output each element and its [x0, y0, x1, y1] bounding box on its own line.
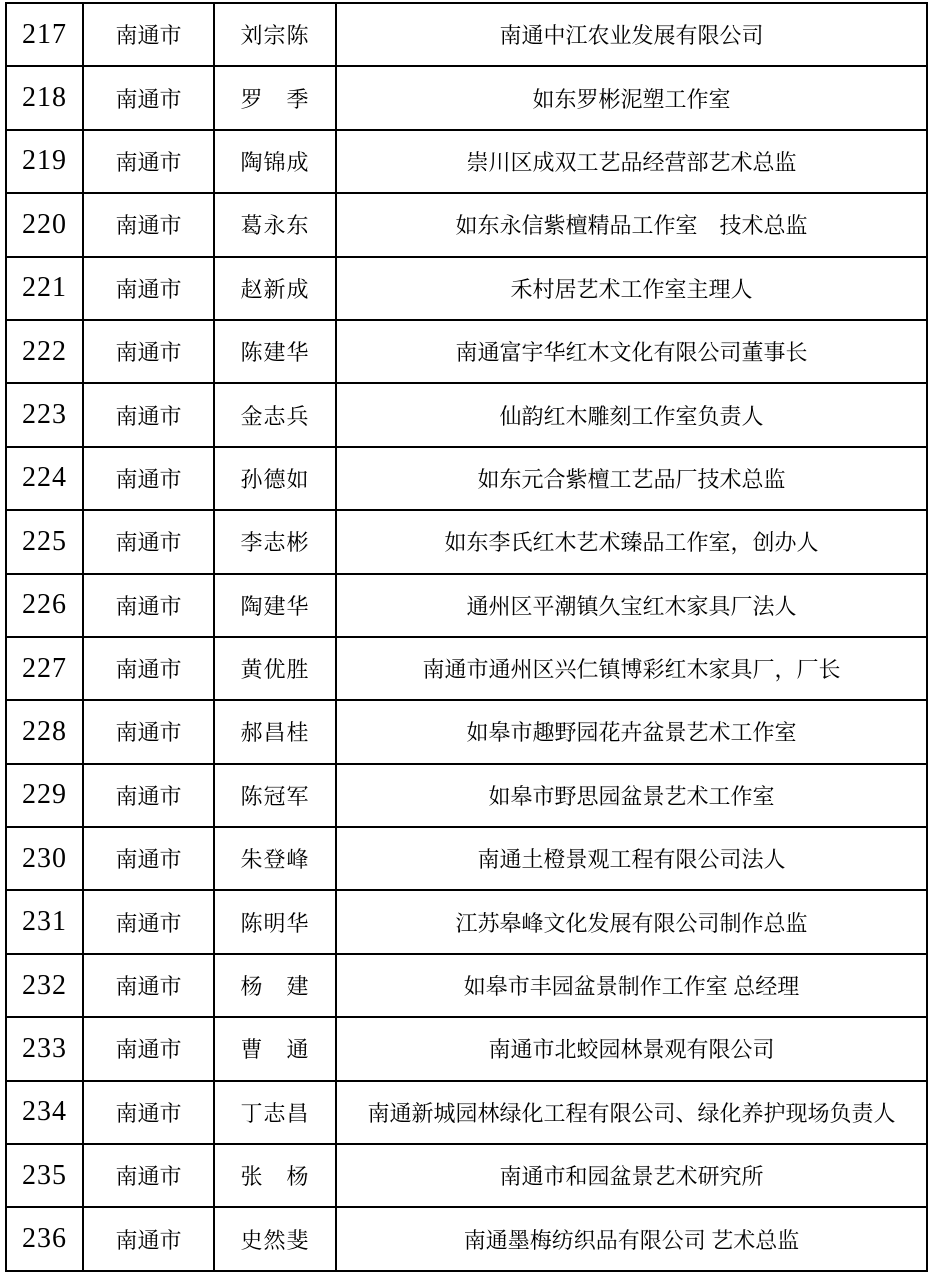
- cell-city: 南通市: [83, 257, 214, 320]
- cell-org: 江苏皋峰文化发展有限公司制作总监: [336, 890, 927, 953]
- cell-name: 李志彬: [214, 510, 336, 573]
- table-row: 236南通市史然斐南通墨梅纺织品有限公司 艺术总监: [6, 1207, 927, 1270]
- cell-org: 如皋市趣野园花卉盆景艺术工作室: [336, 700, 927, 763]
- cell-city: 南通市: [83, 3, 214, 66]
- cell-city: 南通市: [83, 637, 214, 700]
- cell-name: 丁志昌: [214, 1081, 336, 1144]
- cell-name: 陶锦成: [214, 130, 336, 193]
- cell-no: 226: [6, 574, 83, 637]
- cell-city: 南通市: [83, 1017, 214, 1080]
- table-row: 232南通市杨 建如皋市丰园盆景制作工作室 总经理: [6, 954, 927, 1017]
- cell-org: 崇川区成双工艺品经营部艺术总监: [336, 130, 927, 193]
- cell-city: 南通市: [83, 1081, 214, 1144]
- cell-name: 陶建华: [214, 574, 336, 637]
- cell-no: 224: [6, 447, 83, 510]
- cell-org: 如皋市丰园盆景制作工作室 总经理: [336, 954, 927, 1017]
- table-row: 217南通市刘宗陈南通中江农业发展有限公司: [6, 3, 927, 66]
- cell-name: 孙德如: [214, 447, 336, 510]
- table-row: 224南通市孙德如如东元合紫檀工艺品厂技术总监: [6, 447, 927, 510]
- cell-name: 曹 通: [214, 1017, 336, 1080]
- cell-city: 南通市: [83, 383, 214, 446]
- cell-org: 通州区平潮镇久宝红木家具厂法人: [336, 574, 927, 637]
- cell-city: 南通市: [83, 320, 214, 383]
- cell-org: 南通市和园盆景艺术研究所: [336, 1144, 927, 1207]
- cell-org: 南通中江农业发展有限公司: [336, 3, 927, 66]
- cell-no: 232: [6, 954, 83, 1017]
- cell-no: 223: [6, 383, 83, 446]
- cell-org: 如皋市野思园盆景艺术工作室: [336, 764, 927, 827]
- cell-no: 233: [6, 1017, 83, 1080]
- cell-name: 葛永东: [214, 193, 336, 256]
- cell-no: 235: [6, 1144, 83, 1207]
- cell-no: 231: [6, 890, 83, 953]
- cell-org: 如东罗彬泥塑工作室: [336, 66, 927, 129]
- cell-org: 南通市北蛟园林景观有限公司: [336, 1017, 927, 1080]
- cell-name: 史然斐: [214, 1207, 336, 1270]
- table-row: 227南通市黄优胜南通市通州区兴仁镇博彩红木家具厂，厂长: [6, 637, 927, 700]
- cell-name: 张 杨: [214, 1144, 336, 1207]
- table-row: 219南通市陶锦成崇川区成双工艺品经营部艺术总监: [6, 130, 927, 193]
- table-row: 228南通市郝昌桂如皋市趣野园花卉盆景艺术工作室: [6, 700, 927, 763]
- cell-no: 220: [6, 193, 83, 256]
- cell-org: 如东李氏红木艺术臻品工作室，创办人: [336, 510, 927, 573]
- table-row: 230南通市朱登峰南通土橙景观工程有限公司法人: [6, 827, 927, 890]
- table-row: 220南通市葛永东如东永信紫檀精品工作室 技术总监: [6, 193, 927, 256]
- cell-city: 南通市: [83, 510, 214, 573]
- cell-name: 陈明华: [214, 890, 336, 953]
- table-row: 235南通市张 杨南通市和园盆景艺术研究所: [6, 1144, 927, 1207]
- cell-name: 朱登峰: [214, 827, 336, 890]
- cell-org: 南通富宇华红木文化有限公司董事长: [336, 320, 927, 383]
- cell-org: 南通市通州区兴仁镇博彩红木家具厂，厂长: [336, 637, 927, 700]
- table-row: 223南通市金志兵仙韵红木雕刻工作室负责人: [6, 383, 927, 446]
- table-row: 218南通市罗 季如东罗彬泥塑工作室: [6, 66, 927, 129]
- roster-table: 217南通市刘宗陈南通中江农业发展有限公司218南通市罗 季如东罗彬泥塑工作室2…: [5, 2, 928, 1272]
- cell-org: 如东永信紫檀精品工作室 技术总监: [336, 193, 927, 256]
- cell-no: 217: [6, 3, 83, 66]
- table-row: 233南通市曹 通南通市北蛟园林景观有限公司: [6, 1017, 927, 1080]
- table-row: 234南通市丁志昌南通新城园林绿化工程有限公司、绿化养护现场负责人: [6, 1081, 927, 1144]
- cell-name: 杨 建: [214, 954, 336, 1017]
- table-row: 229南通市陈冠军如皋市野思园盆景艺术工作室: [6, 764, 927, 827]
- cell-name: 陈冠军: [214, 764, 336, 827]
- table-row: 231南通市陈明华江苏皋峰文化发展有限公司制作总监: [6, 890, 927, 953]
- cell-org: 南通新城园林绿化工程有限公司、绿化养护现场负责人: [336, 1081, 927, 1144]
- table-row: 226南通市陶建华通州区平潮镇久宝红木家具厂法人: [6, 574, 927, 637]
- cell-no: 219: [6, 130, 83, 193]
- cell-org: 南通墨梅纺织品有限公司 艺术总监: [336, 1207, 927, 1270]
- cell-name: 罗 季: [214, 66, 336, 129]
- cell-no: 236: [6, 1207, 83, 1270]
- cell-city: 南通市: [83, 193, 214, 256]
- cell-no: 234: [6, 1081, 83, 1144]
- cell-city: 南通市: [83, 764, 214, 827]
- cell-no: 221: [6, 257, 83, 320]
- cell-no: 227: [6, 637, 83, 700]
- cell-org: 禾村居艺术工作室主理人: [336, 257, 927, 320]
- cell-org: 仙韵红木雕刻工作室负责人: [336, 383, 927, 446]
- table-body: 217南通市刘宗陈南通中江农业发展有限公司218南通市罗 季如东罗彬泥塑工作室2…: [6, 3, 927, 1271]
- cell-org: 如东元合紫檀工艺品厂技术总监: [336, 447, 927, 510]
- cell-no: 225: [6, 510, 83, 573]
- cell-name: 陈建华: [214, 320, 336, 383]
- cell-city: 南通市: [83, 574, 214, 637]
- cell-no: 218: [6, 66, 83, 129]
- table-row: 221南通市赵新成禾村居艺术工作室主理人: [6, 257, 927, 320]
- cell-no: 230: [6, 827, 83, 890]
- cell-name: 黄优胜: [214, 637, 336, 700]
- cell-city: 南通市: [83, 1144, 214, 1207]
- cell-city: 南通市: [83, 130, 214, 193]
- table-row: 222南通市陈建华南通富宇华红木文化有限公司董事长: [6, 320, 927, 383]
- cell-city: 南通市: [83, 1207, 214, 1270]
- cell-city: 南通市: [83, 447, 214, 510]
- cell-org: 南通土橙景观工程有限公司法人: [336, 827, 927, 890]
- cell-city: 南通市: [83, 66, 214, 129]
- cell-name: 金志兵: [214, 383, 336, 446]
- cell-no: 229: [6, 764, 83, 827]
- cell-name: 赵新成: [214, 257, 336, 320]
- cell-no: 222: [6, 320, 83, 383]
- table-row: 225南通市李志彬如东李氏红木艺术臻品工作室，创办人: [6, 510, 927, 573]
- cell-name: 郝昌桂: [214, 700, 336, 763]
- cell-city: 南通市: [83, 890, 214, 953]
- cell-no: 228: [6, 700, 83, 763]
- cell-city: 南通市: [83, 827, 214, 890]
- document-page: { "page": { "background_color": "#ffffff…: [0, 0, 933, 1275]
- cell-name: 刘宗陈: [214, 3, 336, 66]
- cell-city: 南通市: [83, 954, 214, 1017]
- cell-city: 南通市: [83, 700, 214, 763]
